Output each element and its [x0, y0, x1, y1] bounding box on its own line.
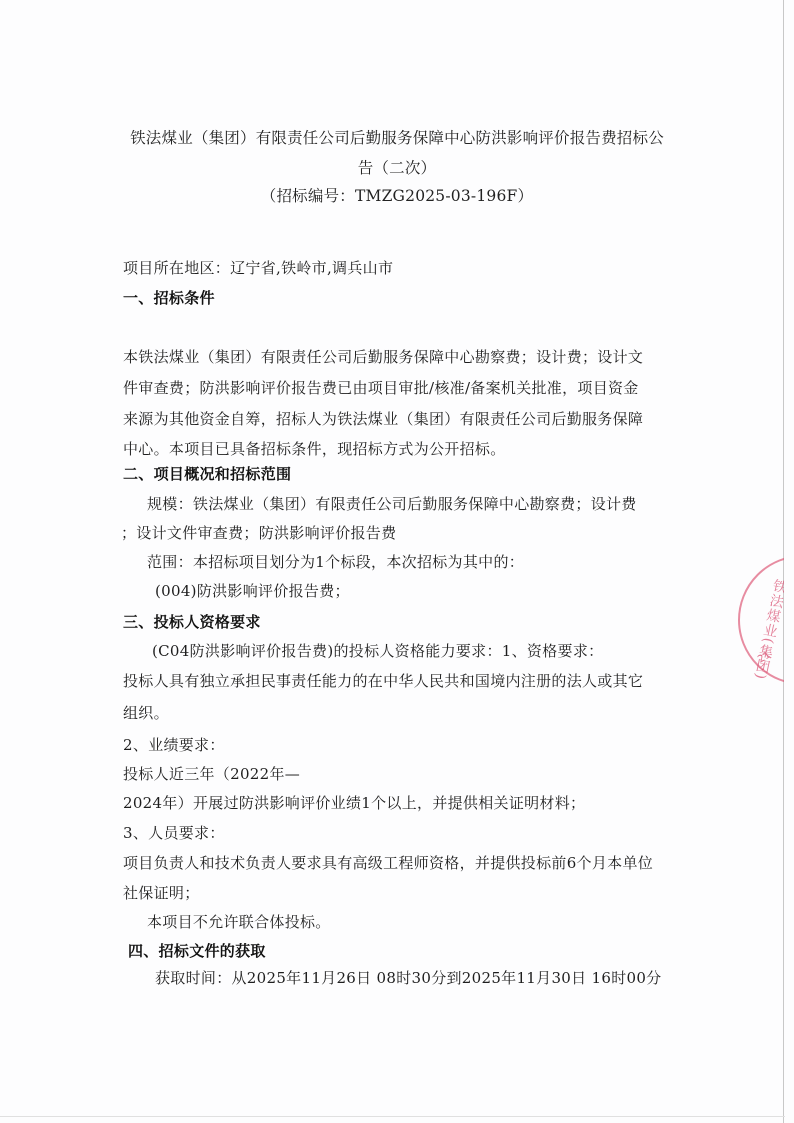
- section-1-heading: 一、招标条件: [123, 287, 215, 308]
- tender-number: （招标编号：TMZG2025-03-196F）: [0, 184, 794, 206]
- section-2-line: 范围：本招标项目划分为1个标段，本次招标为其中的：: [147, 551, 524, 572]
- project-region: 项目所在地区：辽宁省,铁岭市,调兵山市: [123, 257, 393, 278]
- section-3-line: 投标人具有独立承担民事责任能力的在中华人民共和国境内注册的法人或其它: [123, 670, 643, 691]
- section-3-line: 项目负责人和技术负责人要求具有高级工程师资格，并提供投标前6个月本单位: [123, 852, 653, 873]
- section-2-line: 规模：铁法煤业（集团）有限责任公司后勤服务保障中心勘察费；设计费: [147, 493, 637, 514]
- section-3-line: 本项目不允许联合体投标。: [147, 911, 331, 932]
- section-4-line: 获取时间：从2025年11月26日 08时30分到2025年11月30日 16时…: [155, 967, 661, 988]
- section-3-line: 2、业绩要求：: [123, 734, 225, 755]
- document-title-line-1: 铁法煤业（集团）有限责任公司后勤服务保障中心防洪影响评价报告费招标公: [0, 126, 794, 148]
- page-margin: [784, 540, 794, 700]
- section-3-line: 投标人近三年（2022年—: [123, 763, 300, 784]
- document-title-line-2: 告（二次）: [0, 156, 794, 178]
- section-3-line: 社保证明；: [123, 882, 200, 903]
- section-3-line: 组织。: [123, 702, 169, 723]
- section-4-heading: 四、招标文件的获取: [128, 940, 266, 961]
- section-2-line: (004)防洪影响评价报告费；: [155, 580, 350, 601]
- stamp-text: 铁法煤业(集团): [740, 575, 791, 682]
- section-2-heading: 二、项目概况和招标范围: [123, 463, 291, 484]
- section-3-line: (C04防洪影响评价报告费)的投标人资格能力要求：1、资格要求：: [152, 640, 603, 661]
- section-3-heading: 三、投标人资格要求: [123, 611, 261, 632]
- section-2-line: ；设计文件审查费；防洪影响评价报告费: [121, 522, 396, 543]
- section-3-line: 2024年）开展过防洪影响评价业绩1个以上，并提供相关证明材料；: [123, 792, 585, 813]
- section-1-line: 中心。本项目已具备招标条件，现招标方式为公开招标。: [123, 438, 506, 459]
- section-1-line: 本铁法煤业（集团）有限责任公司后勤服务保障中心勘察费；设计费；设计文: [123, 346, 643, 367]
- section-1-line: 来源为其他资金自筹，招标人为铁法煤业（集团）有限责任公司后勤服务保障: [123, 408, 643, 429]
- page-bottom-edge: [0, 1116, 785, 1117]
- section-3-line: 3、人员要求：: [123, 822, 225, 843]
- section-1-line: 件审查费；防洪影响评价报告费已由项目审批/核准/备案机关批准，项目资金: [123, 377, 639, 398]
